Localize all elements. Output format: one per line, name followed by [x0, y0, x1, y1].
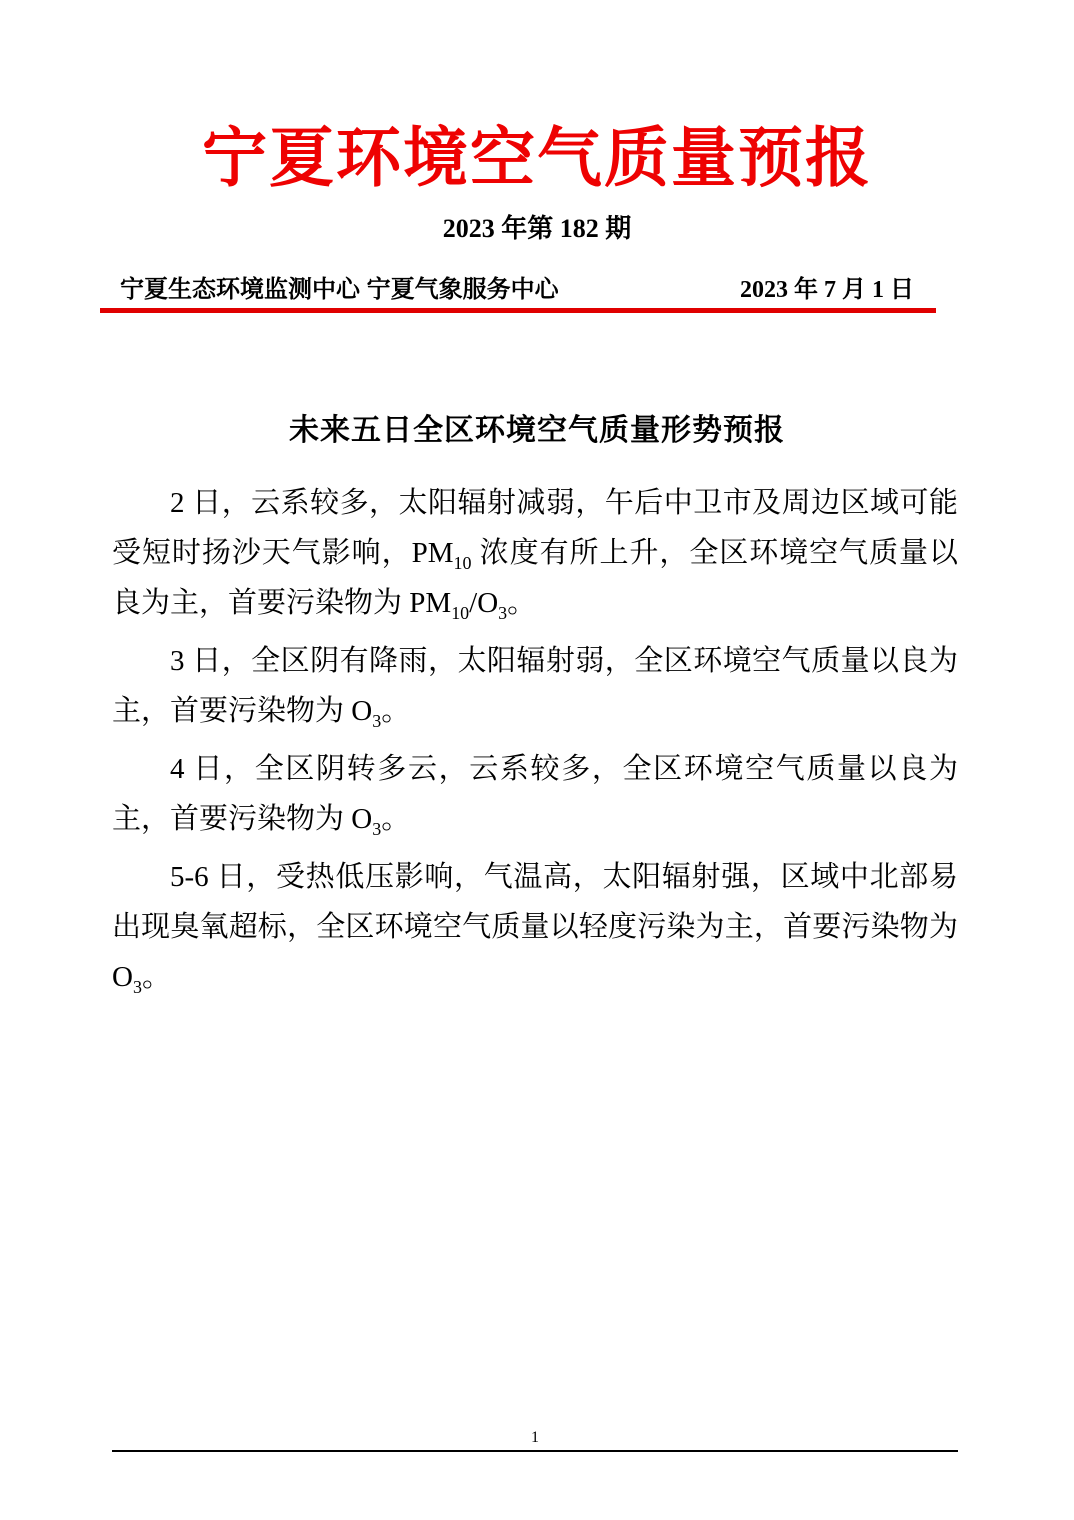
body-paragraph: 5-6 日，受热低压影响，气温高，太阳辐射强，区域中北部易出现臭氧超标，全区环境… [112, 852, 958, 1002]
body-paragraph: 4 日，全区阴转多云，云系较多，全区环境空气质量以良为主，首要污染物为 O3。 [112, 744, 958, 844]
issue-number: 2023 年第 182 期 [0, 211, 1074, 247]
forecast-body: 2 日，云系较多，太阳辐射减弱，午后中卫市及周边区域可能受短时扬沙天气影响，PM… [112, 478, 958, 1010]
red-divider-rule [100, 308, 936, 313]
masthead: 宁夏生态环境监测中心 宁夏气象服务中心 2023 年 7 月 1 日 [100, 274, 936, 306]
section-heading: 未来五日全区环境空气质量形势预报 [0, 412, 1074, 450]
publisher-names: 宁夏生态环境监测中心 宁夏气象服务中心 [120, 274, 559, 306]
body-paragraph: 3 日，全区阴有降雨，太阳辐射弱，全区环境空气质量以良为主，首要污染物为 O3。 [112, 636, 958, 736]
page-footer: 1 [112, 1426, 958, 1452]
issue-date: 2023 年 7 月 1 日 [740, 274, 914, 306]
body-paragraph: 2 日，云系较多，太阳辐射减弱，午后中卫市及周边区域可能受短时扬沙天气影响，PM… [112, 478, 958, 628]
document-page: 宁夏环境空气质量预报 2023 年第 182 期 宁夏生态环境监测中心 宁夏气象… [0, 0, 1074, 1520]
page-number: 1 [531, 1429, 539, 1446]
document-title: 宁夏环境空气质量预报 [0, 120, 1074, 198]
